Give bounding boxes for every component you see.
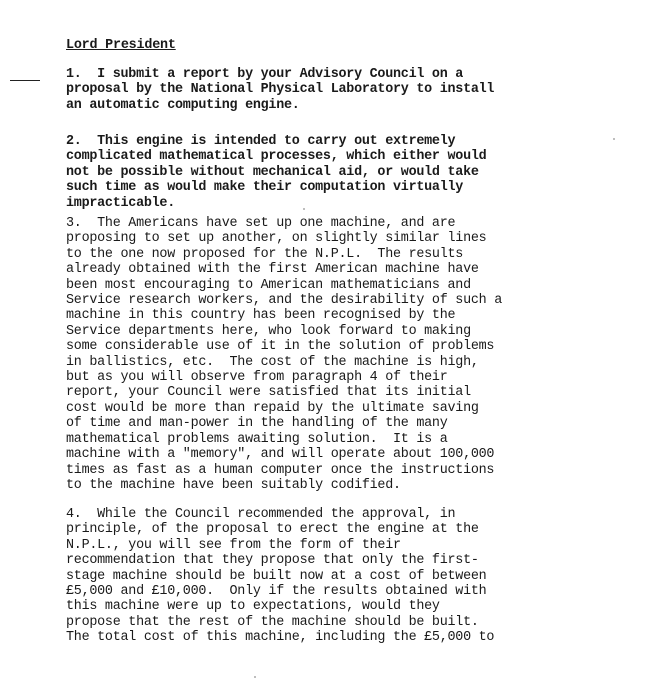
text-line: complicated mathematical processes, whic…	[66, 149, 646, 164]
text-line: report, your Council were satisfied that…	[66, 385, 646, 400]
text-line: 2. This engine is intended to carry out …	[66, 134, 646, 149]
text-line: 1. I submit a report by your Advisory Co…	[66, 67, 646, 82]
paragraph-4: 4. While the Council recommended the app…	[66, 507, 646, 646]
margin-mark	[10, 80, 40, 81]
text-line: to the one now proposed for the N.P.L. T…	[66, 247, 646, 262]
text-line: an automatic computing engine.	[66, 98, 646, 113]
text-line: recommendation that they propose that on…	[66, 553, 646, 568]
text-line: some considerable use of it in the solut…	[66, 339, 646, 354]
text-line: mathematical problems awaiting solution.…	[66, 432, 646, 447]
text-line: Service departments here, who look forwa…	[66, 324, 646, 339]
text-line: already obtained with the first American…	[66, 262, 646, 277]
memo-heading: Lord President	[66, 38, 176, 53]
paragraph-2: 2. This engine is intended to carry out …	[66, 134, 646, 211]
typewritten-memo-page: Lord President 1. I submit a report by y…	[0, 0, 650, 683]
text-line: 3. The Americans have set up one machine…	[66, 216, 646, 231]
text-line: The total cost of this machine, includin…	[66, 630, 646, 645]
text-line: Service research workers, and the desira…	[66, 293, 646, 308]
text-line: machine with a "memory", and will operat…	[66, 447, 646, 462]
text-line: been most encouraging to American mathem…	[66, 278, 646, 293]
paper-speck	[254, 676, 256, 678]
paper-speck	[303, 208, 305, 210]
text-line: not be possible without mechanical aid, …	[66, 165, 646, 180]
text-line: proposal by the National Physical Labora…	[66, 82, 646, 97]
text-line: in ballistics, etc. The cost of the mach…	[66, 355, 646, 370]
text-line: this machine were up to expectations, wo…	[66, 599, 646, 614]
text-line: impracticable.	[66, 196, 646, 211]
text-line: N.P.L., you will see from the form of th…	[66, 538, 646, 553]
text-line: to the machine have been suitably codifi…	[66, 478, 646, 493]
text-line: of time and man-power in the handling of…	[66, 416, 646, 431]
text-line: but as you will observe from paragraph 4…	[66, 370, 646, 385]
text-line: £5,000 and £10,000. Only if the results …	[66, 584, 646, 599]
text-line: principle, of the proposal to erect the …	[66, 522, 646, 537]
text-line: proposing to set up another, on slightly…	[66, 231, 646, 246]
text-line: such time as would make their computatio…	[66, 180, 646, 195]
paper-speck	[613, 138, 615, 140]
text-line: stage machine should be built now at a c…	[66, 569, 646, 584]
paragraph-3: 3. The Americans have set up one machine…	[66, 216, 646, 493]
text-line: machine in this country has been recogni…	[66, 308, 646, 323]
text-line: times as fast as a human computer once t…	[66, 463, 646, 478]
text-line: propose that the rest of the machine sho…	[66, 615, 646, 630]
text-line: cost would be more than repaid by the ul…	[66, 401, 646, 416]
text-line: 4. While the Council recommended the app…	[66, 507, 646, 522]
paragraph-1: 1. I submit a report by your Advisory Co…	[66, 67, 646, 113]
